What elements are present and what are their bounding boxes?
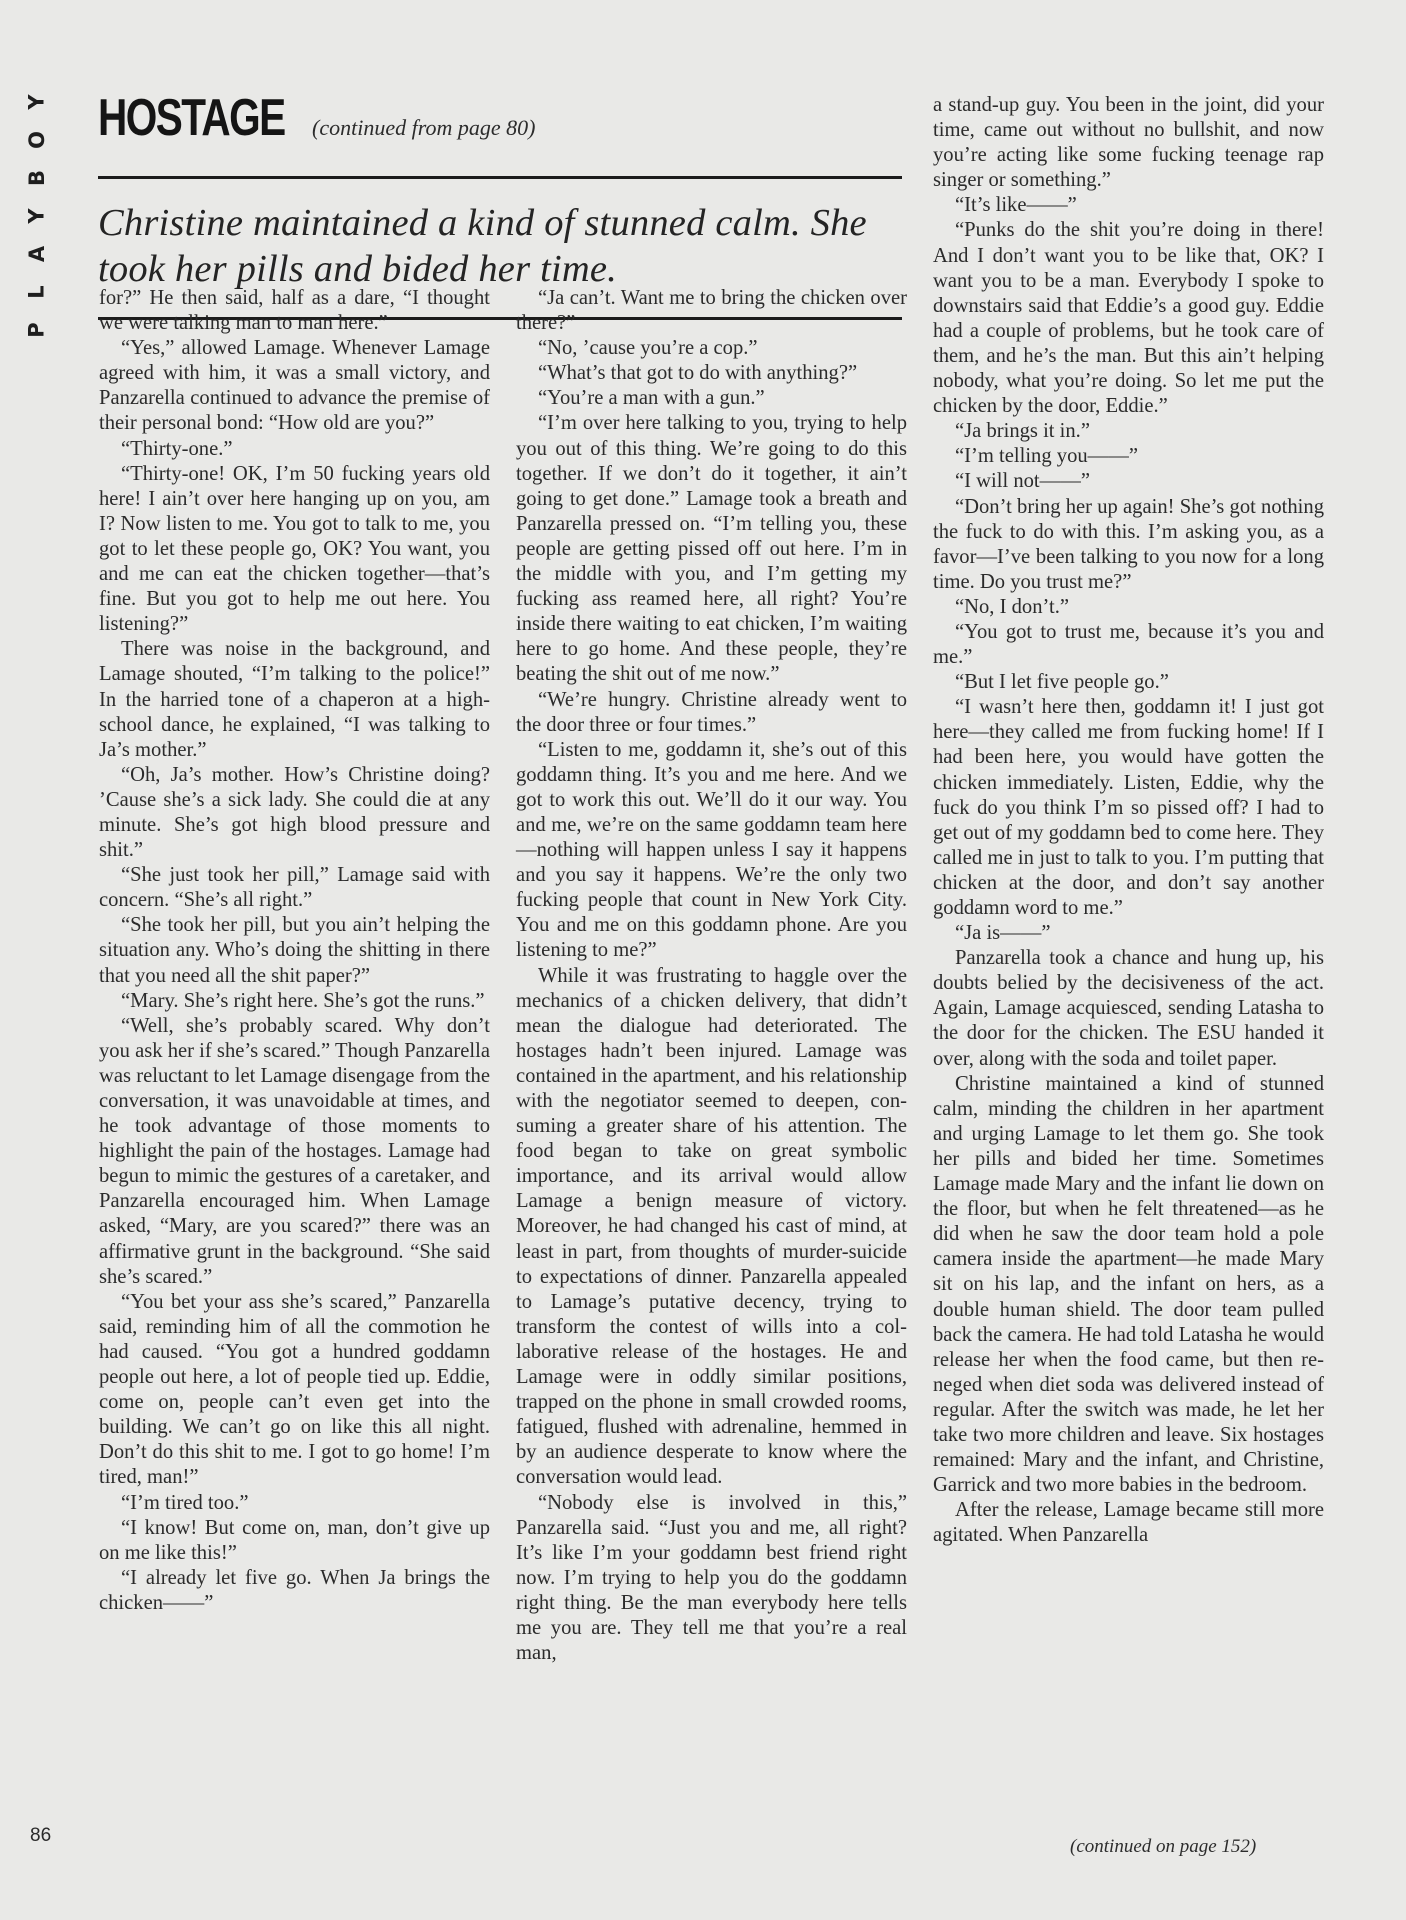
text-column-1: for?” He then said, half as a dare, “I t… xyxy=(99,286,490,1616)
paragraph: “Ja brings it in.” xyxy=(933,419,1324,444)
spine-letter: P xyxy=(25,322,49,337)
title-row: HOSTAGE (continued from page 80) xyxy=(98,90,902,146)
paragraph: “I’m over here talking to you, trying to… xyxy=(516,411,907,687)
magazine-spine-label: Y O B Y A L P xyxy=(22,90,52,342)
spine-letter: Y xyxy=(25,208,49,223)
paragraph: “What’s that got to do with any­thing?” xyxy=(516,361,907,386)
paragraph: “You bet your ass she’s scared,” Pan­zar… xyxy=(99,1290,490,1491)
paragraph: “I wasn’t here then, goddamn it! I just … xyxy=(933,695,1324,921)
paragraph: “You’re a man with a gun.” xyxy=(516,386,907,411)
paragraph: “But I let five people go.” xyxy=(933,670,1324,695)
continued-from-note: (continued from page 80) xyxy=(312,115,535,141)
paragraph: “We’re hungry. Christine already went to… xyxy=(516,688,907,738)
spine-letter: Y xyxy=(25,94,49,109)
paragraph: “Ja is——” xyxy=(933,921,1324,946)
paragraph: “She just took her pill,” Lamage said wi… xyxy=(99,863,490,913)
page-number: 86 xyxy=(30,1825,51,1847)
paragraph: “It’s like——” xyxy=(933,193,1324,218)
spine-letter: B xyxy=(25,170,49,186)
paragraph: Panzarella took a chance and hung up, hi… xyxy=(933,946,1324,1071)
paragraph: There was noise in the background, and L… xyxy=(99,637,490,762)
paragraph: “Nobody else is involved in this,” Panza… xyxy=(516,1491,907,1667)
paragraph: “Oh, Ja’s mother. How’s Christine doing?… xyxy=(99,763,490,863)
paragraph: “Punks do the shit you’re doing in there… xyxy=(933,218,1324,419)
paragraph: “You got to trust me, because it’s you a… xyxy=(933,620,1324,670)
paragraph: “Well, she’s probably scared. Why don’t … xyxy=(99,1014,490,1290)
paragraph: “She took her pill, but you ain’t help­i… xyxy=(99,913,490,988)
paragraph: “Don’t bring her up again! She’s got not… xyxy=(933,495,1324,595)
spine-letter: O xyxy=(25,131,49,149)
paragraph: “No, I don’t.” xyxy=(933,595,1324,620)
spine-letter: A xyxy=(25,246,49,262)
header-rule-top xyxy=(98,176,902,179)
article-title: HOSTAGE xyxy=(98,90,207,146)
pull-quote: Christine maintained a kind of stunned c… xyxy=(98,200,902,292)
paragraph: “I know! But come on, man, don’t give up… xyxy=(99,1516,490,1566)
paragraph: “I’m tired too.” xyxy=(99,1491,490,1516)
paragraph: “I already let five go. When Ja brings t… xyxy=(99,1566,490,1616)
paragraph: for?” He then said, half as a dare, “I t… xyxy=(99,286,490,336)
paragraph: “Mary. She’s right here. She’s got the r… xyxy=(99,989,490,1014)
paragraph: “Ja can’t. Want me to bring the chick­en… xyxy=(516,286,907,336)
paragraph: After the release, Lamage became still m… xyxy=(933,1498,1324,1548)
paragraph: “No, ’cause you’re a cop.” xyxy=(516,336,907,361)
paragraph: “Listen to me, goddamn it, she’s out of … xyxy=(516,738,907,964)
spine-letter: L xyxy=(25,285,49,298)
paragraph: “I’m telling you——” xyxy=(933,444,1324,469)
paragraph: While it was frustrating to haggle over … xyxy=(516,964,907,1491)
paragraph: “Yes,” allowed Lamage. Whenever Lamage a… xyxy=(99,336,490,436)
paragraph: “Thirty-one! OK, I’m 50 fucking years ol… xyxy=(99,462,490,638)
text-column-2: “Ja can’t. Want me to bring the chick­en… xyxy=(516,286,907,1666)
continued-on-note: (continued on page 152) xyxy=(1070,1836,1256,1858)
paragraph: a stand-up guy. You been in the joint, d… xyxy=(933,93,1324,193)
paragraph: Christine maintained a kind of stunned c… xyxy=(933,1072,1324,1499)
paragraph: “Thirty-one.” xyxy=(99,437,490,462)
paragraph: “I will not——” xyxy=(933,469,1324,494)
text-column-3: a stand-up guy. You been in the joint, d… xyxy=(933,93,1324,1548)
